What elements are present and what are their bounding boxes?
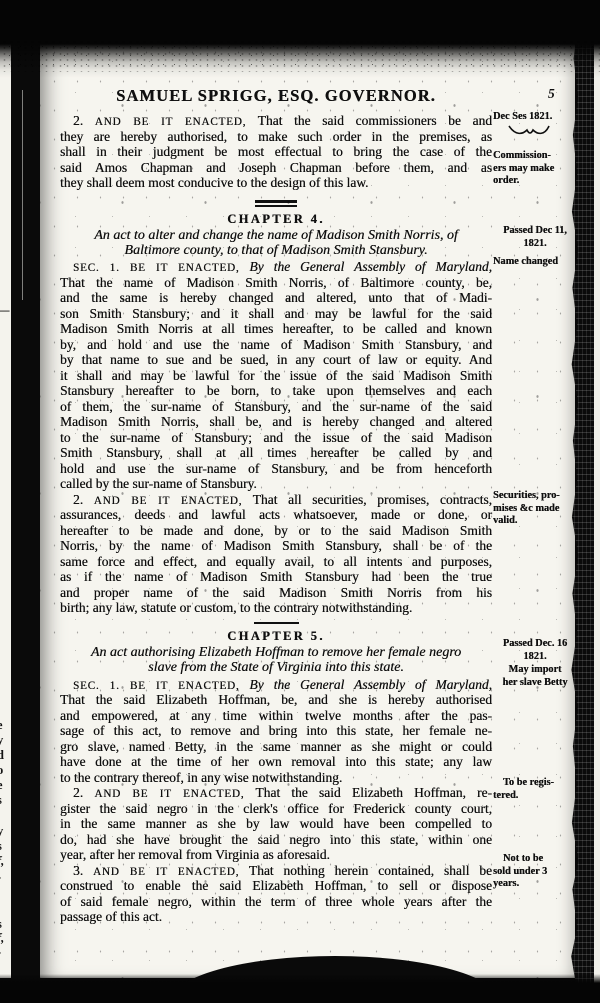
text-line: and empowered, at any time within twelve… [60, 708, 492, 724]
margin-note: Commission-ers may makeorder. [493, 150, 577, 188]
margin-note-line: 1821. [493, 651, 577, 664]
text-segment: passage of this act. [60, 909, 162, 924]
text-line: 2. AND BE IT ENACTED, That the said comm… [60, 113, 492, 129]
text-line: do, had she have brought the said negro … [60, 832, 492, 848]
margin-note: Securities, pro-mises &c madevalid. [493, 490, 577, 528]
text-segment: AND BE IT ENACTED, [94, 788, 244, 800]
text-line: birth; any law, statute or custom, to th… [60, 600, 492, 616]
text-segment: Norris, by the name of Madison Smith Sta… [60, 538, 492, 553]
act-title-line: slave from the State of Virginia into th… [60, 660, 492, 675]
text-line: 2. AND BE IT ENACTED, That the said Eliz… [60, 785, 492, 801]
text-segment: That the said Elizabeth Hoffman, be, and… [60, 692, 492, 707]
text-segment: AND BE IT ENACTED, [93, 866, 239, 878]
text-line: gro slave, named Betty, in the same mann… [60, 739, 492, 755]
margin-note-line: years. [493, 878, 577, 891]
edge-text-fragment: y [0, 734, 3, 747]
margin-note-line: To be regis- [493, 777, 577, 790]
text-segment: and the same is hereby changed and alter… [60, 290, 492, 305]
text-segment: assurances, deeds and lawful acts whatso… [60, 507, 492, 522]
text-line: hold and use the sur-name of Stansbury, … [60, 461, 492, 477]
text-segment: by, and hold and use the name of Madison… [60, 337, 492, 352]
text-segment: to the sur-name of Stansbury; and the is… [60, 430, 492, 445]
right-white-margin [594, 0, 600, 1003]
edge-text-fragment: f, [0, 855, 4, 868]
text-segment: they shall deem most conducive to the de… [60, 175, 368, 190]
text-line: they are hereby authorised, to make such… [60, 129, 492, 145]
body-column: SAMUEL SPRIGG, ESQ. GOVERNOR. 2. AND BE … [60, 86, 492, 925]
act-title-line: An act to alter and change the name of M… [60, 228, 492, 243]
edge-text-fragment: — [0, 304, 10, 317]
chapter-heading: CHAPTER 4. [60, 212, 492, 226]
edge-text-fragment: y [0, 825, 3, 838]
text-segment: AND BE IT ENACTED, [95, 116, 246, 128]
text-segment: in the same manner as she by law would h… [60, 816, 492, 831]
margin-note-line: Name changed [493, 256, 577, 269]
margin-note-line: her slave Betty [493, 677, 577, 690]
text-line: and proper name of the said Madison Smit… [60, 585, 492, 601]
section-divider [254, 622, 299, 624]
text-line: said Amos Chapman and Joseph Chapman bef… [60, 160, 492, 176]
chapter-5-section-2: 2. AND BE IT ENACTED, That the said Eliz… [60, 785, 492, 863]
text-segment: and empowered, at any time within twelve… [60, 708, 492, 723]
edge-text-fragment: e [0, 719, 3, 732]
margin-note-line: valid. [493, 515, 577, 528]
text-line: it shall and may be lawful for the issue… [60, 368, 492, 384]
text-segment: it shall and may be lawful for the issue… [60, 368, 492, 383]
text-segment: That all securities, promises, contracts… [242, 492, 492, 507]
text-segment: of them, the sur-name of Stansbury, and … [60, 399, 492, 414]
act-title-line: Baltimore county, to that of Madison Smi… [60, 243, 492, 258]
edge-text-fragment: o [0, 764, 3, 777]
text-line: passage of this act. [60, 909, 492, 925]
text-line: called by the sur-name of Stansbury. [60, 476, 492, 492]
edge-text-fragment: s [0, 840, 2, 853]
text-segment: have done at the time of her own removal… [60, 754, 492, 769]
prev-act-section-2: 2. AND BE IT ENACTED, That the said comm… [60, 113, 492, 191]
text-segment: same force and effect, and equally avail… [60, 554, 492, 569]
text-segment: Smith Stansbury, shall at all times here… [60, 445, 492, 460]
text-segment: 2. [73, 785, 94, 800]
text-segment: son Smith Stansbury; and it shall and ma… [60, 306, 492, 321]
margin-note-line: Not to be [493, 853, 577, 866]
text-line: of them, the sur-name of Stansbury, and … [60, 399, 492, 415]
margin-note-line: May import [493, 664, 577, 677]
text-line: by that name to sue and be sued, in any … [60, 352, 492, 368]
text-line: year, after her removal from Virginia as… [60, 847, 492, 863]
text-line: they shall deem most conducive to the de… [60, 175, 492, 191]
chapter-4-section-2: 2. AND BE IT ENACTED, That all securitie… [60, 492, 492, 616]
text-line: and the same is hereby changed and alter… [60, 290, 492, 306]
text-segment: That the said commissioners be and [246, 113, 492, 128]
margin-note-line: order. [493, 175, 577, 188]
text-segment: AND BE IT ENACTED, [94, 495, 242, 507]
text-line: to the contrary thereof, in any wise not… [60, 770, 492, 786]
gutter-crack [22, 90, 23, 300]
text-line: SEC. 1. BE IT ENACTED, By the General As… [60, 259, 492, 275]
text-line: sage of this act, to remove and bring in… [60, 723, 492, 739]
chapter-5-act-title: An act authorising Elizabeth Hoffman to … [60, 645, 492, 676]
text-line: SEC. 1. BE IT ENACTED, By the General As… [60, 677, 492, 693]
text-segment: year, after her removal from Virginia as… [60, 847, 330, 862]
chapter-5-section-3: 3. AND BE IT ENACTED, That nothing herei… [60, 863, 492, 925]
text-segment: construed to enable the said Elizabeth H… [60, 878, 492, 893]
text-segment: That the said Elizabeth Hoffman, re- [244, 785, 492, 800]
text-line: That the name of Madison Smith Norris, o… [60, 275, 492, 291]
scanned-book-page: —eydoes,ysf,-sf,- 5 SAMUEL SPRIGG, ESQ. … [0, 0, 600, 1003]
margin-note: Passed Dec 11,1821. [493, 225, 577, 250]
text-segment: SEC. 1. BE IT ENACTED, [73, 262, 239, 274]
margin-note: Passed Dec. 161821. [493, 638, 577, 663]
margin-note-line: Securities, pro- [493, 490, 577, 503]
margin-note: Not to besold under 3years. [493, 853, 577, 891]
edge-text-fragment: e [0, 779, 3, 792]
text-segment: by that name to sue and be sued, in any … [60, 352, 492, 367]
page-number: 5 [548, 86, 555, 102]
margin-note-line: Passed Dec. 16 [493, 638, 577, 651]
margin-note-line: mises &c made [493, 503, 577, 516]
text-line: 2. AND BE IT ENACTED, That all securitie… [60, 492, 492, 508]
section-divider [255, 200, 297, 207]
text-segment: to the contrary thereof, in any wise not… [60, 770, 342, 785]
text-segment: 2. [73, 113, 95, 128]
margin-note-line: Dec Ses 1821. [493, 111, 577, 124]
brace-icon [507, 125, 551, 135]
text-segment: sage of this act, to remove and bring in… [60, 723, 492, 738]
text-line: gister the said negro in the clerk's off… [60, 801, 492, 817]
text-line: of said female negro, within the term of… [60, 894, 492, 910]
text-segment: That the name of Madison Smith Norris, o… [60, 275, 492, 290]
text-segment: That nothing herein contained, shall be [239, 863, 492, 878]
book-gutter-shadow [11, 0, 40, 980]
text-segment: called by the sur-name of Stansbury. [60, 476, 257, 491]
text-line: Norris, by the name of Madison Smith Sta… [60, 538, 492, 554]
text-segment: Madison Smith Norris, shall be, and is h… [60, 414, 492, 429]
edge-text-fragment: d [0, 749, 4, 762]
edge-text-fragment: - [0, 946, 1, 959]
margin-note-line: Commission- [493, 150, 577, 163]
text-segment: By the General Assembly of Maryland, [239, 677, 492, 692]
text-line: Madison Smith Norris, shall be, and is h… [60, 414, 492, 430]
text-line: shall in their judgment be most effectua… [60, 144, 492, 160]
text-line: as if the name of Madison Smith Stansbur… [60, 569, 492, 585]
edge-text-fragment: s [0, 918, 2, 931]
edge-text-fragment: - [0, 871, 1, 884]
text-segment: 2. [73, 492, 94, 507]
margin-note: To be regis-tered. [493, 777, 577, 802]
margin-note: Name changed [493, 256, 577, 269]
text-segment: 3. [73, 863, 93, 878]
margin-note-line: 1821. [493, 238, 577, 251]
chapter-5-section-1: SEC. 1. BE IT ENACTED, By the General As… [60, 677, 492, 786]
text-segment: Madison Smith Norris at all times hereaf… [60, 321, 492, 336]
chapter-4-act-title: An act to alter and change the name of M… [60, 228, 492, 259]
text-line: Madison Smith Norris at all times hereaf… [60, 321, 492, 337]
text-segment: Stansbury hereafter to be born, to take … [60, 383, 492, 398]
page: 5 SAMUEL SPRIGG, ESQ. GOVERNOR. 2. AND B… [40, 4, 575, 978]
margin-note-line: tered. [493, 790, 577, 803]
margin-note: Dec Ses 1821. [493, 111, 577, 135]
margin-note-line: sold under 3 [493, 866, 577, 879]
text-line: 3. AND BE IT ENACTED, That nothing herei… [60, 863, 492, 879]
bottom-scan-border [0, 974, 600, 1003]
text-segment: gister the said negro in the clerk's off… [60, 801, 492, 816]
text-segment: they are hereby authorised, to make such… [60, 129, 492, 144]
text-segment: hereafter to be made and done, by or to … [60, 523, 492, 538]
text-line: by, and hold and use the name of Madison… [60, 337, 492, 353]
margin-note-line: ers may make [493, 163, 577, 176]
text-line: same force and effect, and equally avail… [60, 554, 492, 570]
text-line: Smith Stansbury, shall at all times here… [60, 445, 492, 461]
text-segment: shall in their judgment be most effectua… [60, 144, 492, 159]
chapter-heading: CHAPTER 5. [60, 629, 492, 643]
running-header-title: SAMUEL SPRIGG, ESQ. GOVERNOR. [60, 86, 492, 106]
chapter-4-section-1: SEC. 1. BE IT ENACTED, By the General As… [60, 259, 492, 492]
text-line: assurances, deeds and lawful acts whatso… [60, 507, 492, 523]
text-line: have done at the time of her own removal… [60, 754, 492, 770]
edge-text-fragment: f, [0, 932, 4, 945]
text-line: hereafter to be made and done, by or to … [60, 523, 492, 539]
edge-text-fragment: s [0, 794, 2, 807]
text-line: in the same manner as she by law would h… [60, 816, 492, 832]
text-line: Stansbury hereafter to be born, to take … [60, 383, 492, 399]
margin-note: May importher slave Betty [493, 664, 577, 689]
text-line: son Smith Stansbury; and it shall and ma… [60, 306, 492, 322]
text-segment: SEC. 1. BE IT ENACTED, [73, 680, 239, 692]
text-segment: do, had she have brought the said negro … [60, 832, 492, 847]
text-segment: said Amos Chapman and Joseph Chapman bef… [60, 160, 492, 175]
text-segment: as if the name of Madison Smith Stansbur… [60, 569, 492, 584]
text-line: That the said Elizabeth Hoffman, be, and… [60, 692, 492, 708]
text-line: construed to enable the said Elizabeth H… [60, 878, 492, 894]
text-segment: gro slave, named Betty, in the same mann… [60, 739, 492, 754]
text-segment: of said female negro, within the term of… [60, 894, 492, 909]
text-line: to the sur-name of Stansbury; and the is… [60, 430, 492, 446]
margin-note-line: Passed Dec 11, [493, 225, 577, 238]
text-segment: By the General Assembly of Maryland, [239, 259, 492, 274]
text-segment: hold and use the sur-name of Stansbury, … [60, 461, 492, 476]
text-segment: birth; any law, statute or custom, to th… [60, 600, 412, 615]
text-segment: and proper name of the said Madison Smit… [60, 585, 492, 600]
act-title-line: An act authorising Elizabeth Hoffman to … [60, 645, 492, 660]
